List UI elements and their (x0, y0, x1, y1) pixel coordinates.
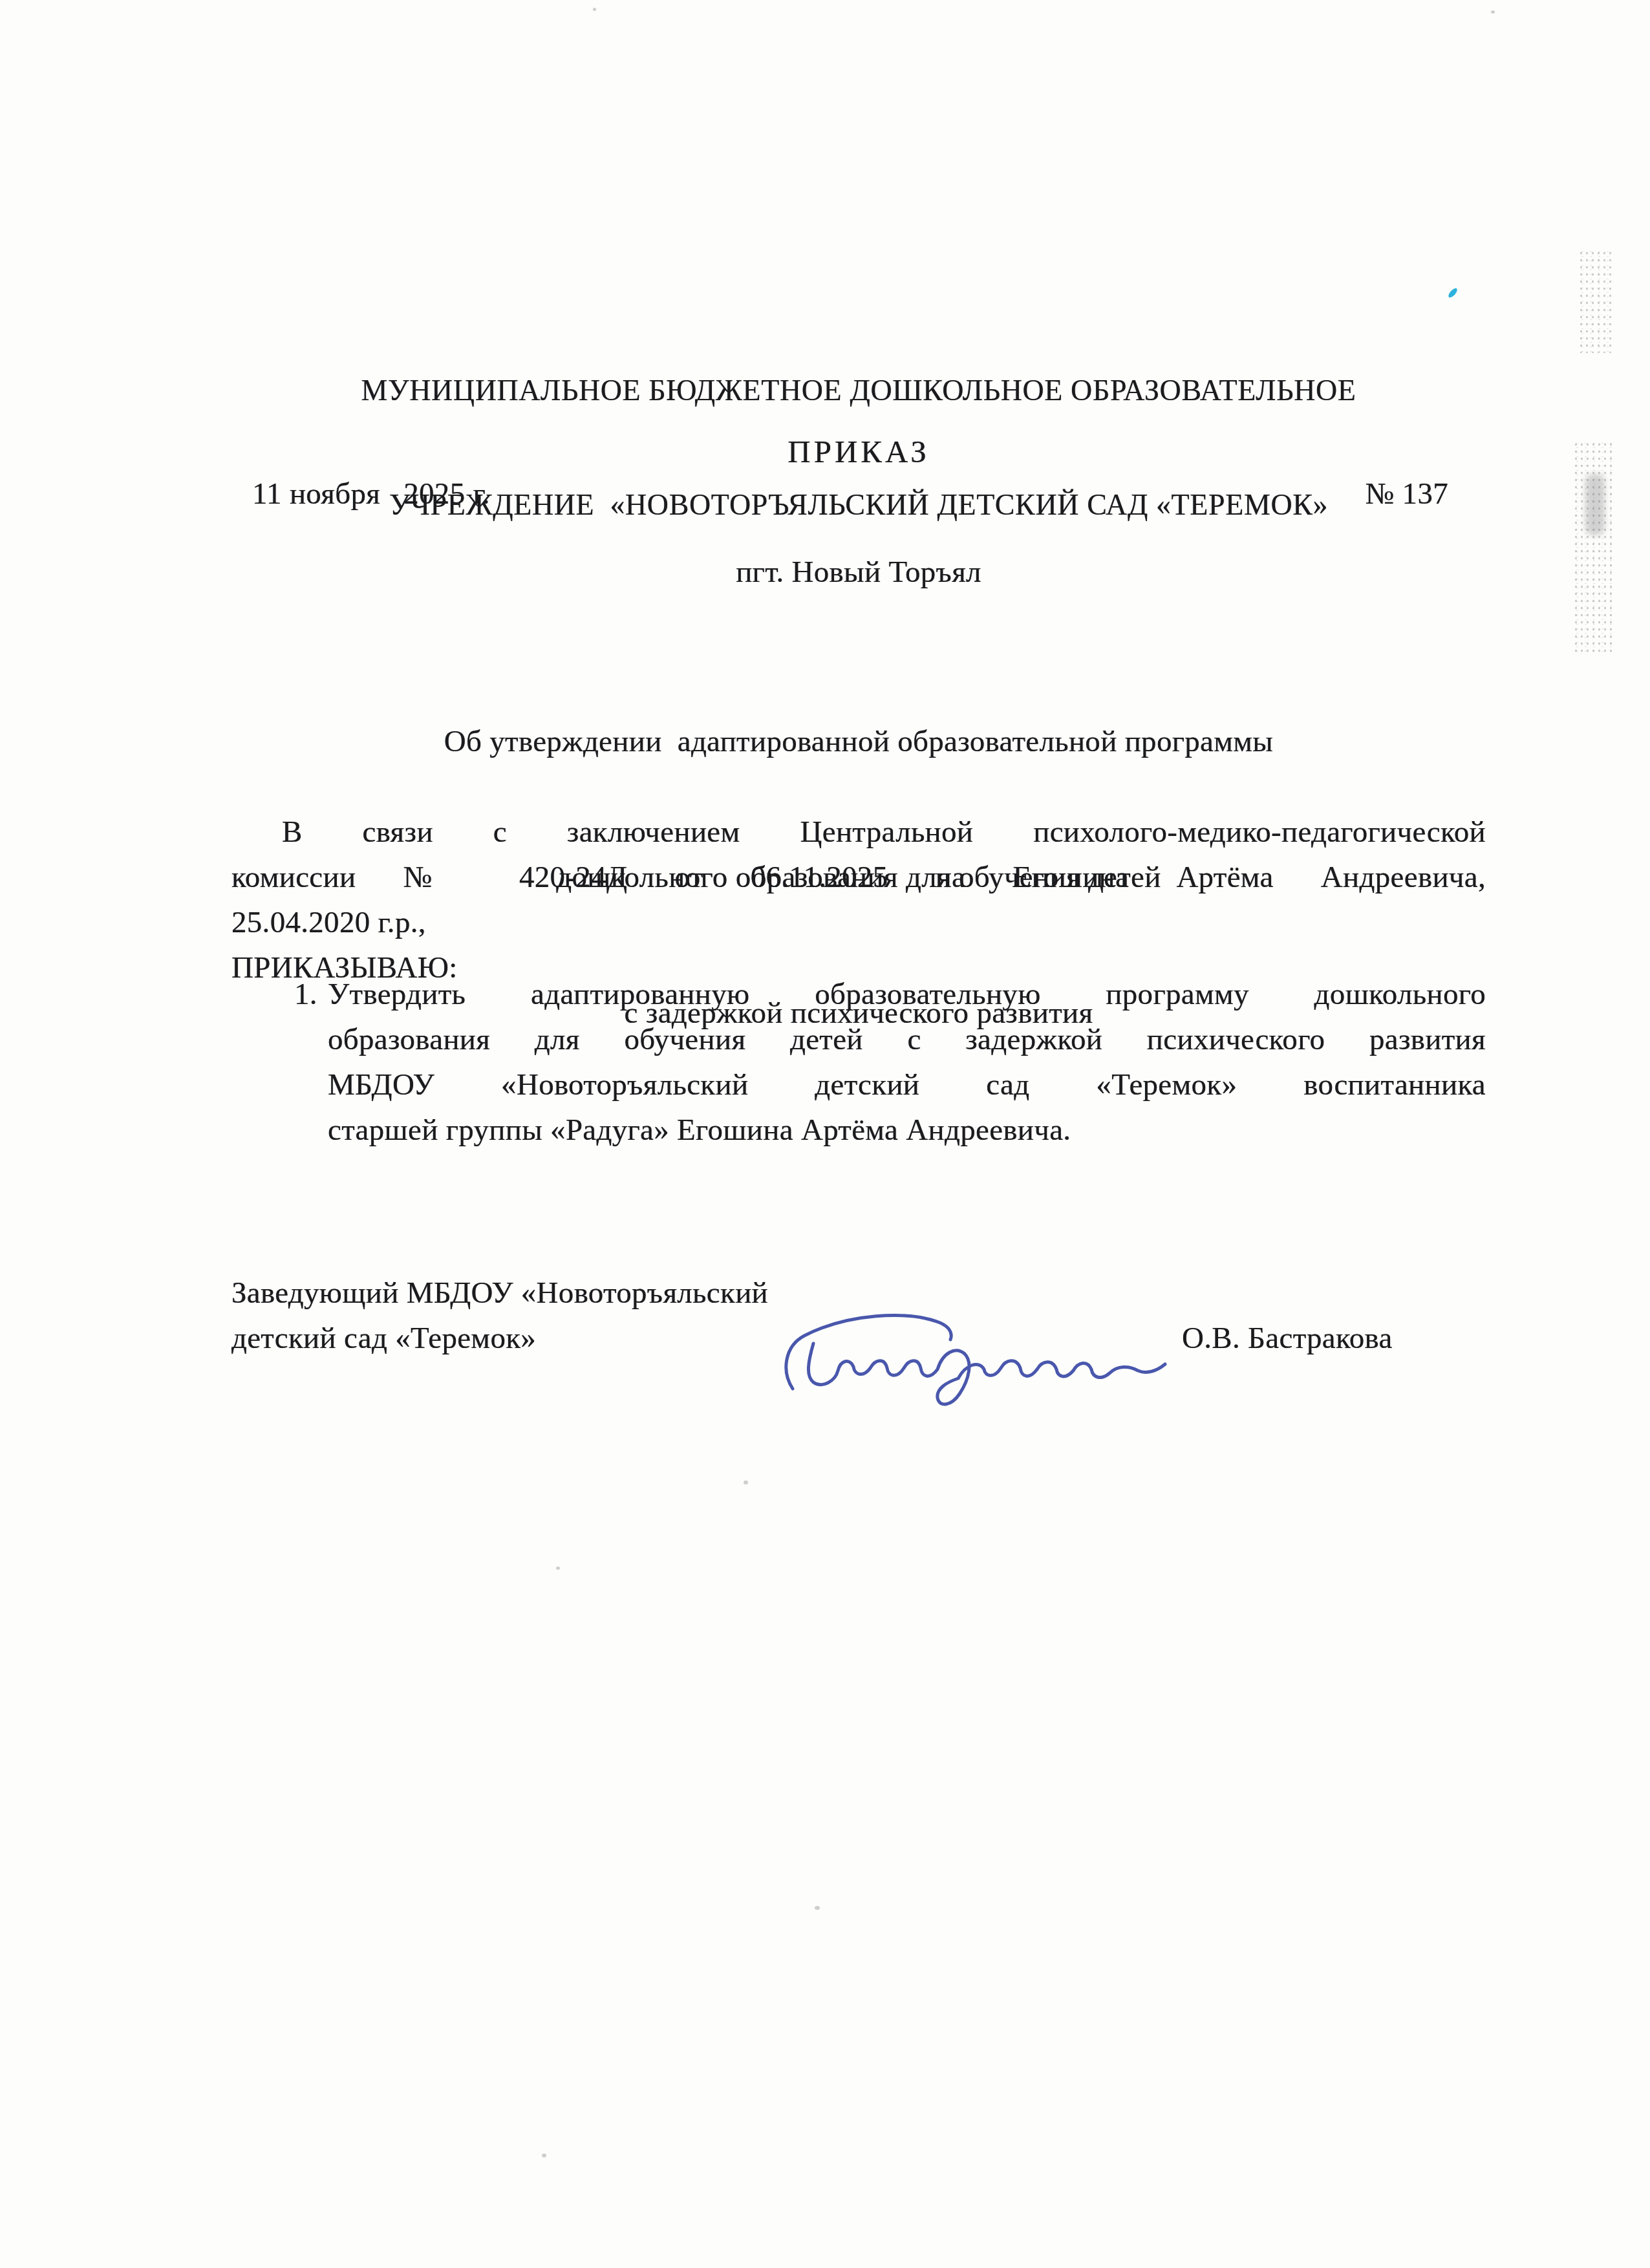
scan-speck (542, 2154, 546, 2157)
item-line2: образования для обучения детей с задержк… (328, 1017, 1486, 1062)
scanned-order-document: МУНИЦИПАЛЬНОЕ БЮДЖЕТНОЕ ДОШКОЛЬНОЕ ОБРАЗ… (0, 0, 1650, 2268)
body-line1: В связи с заключением Центральной психол… (231, 809, 1486, 855)
scan-noise (1573, 441, 1613, 654)
body-paragraph: В связи с заключением Центральной психол… (231, 809, 1486, 990)
scan-speck (1491, 10, 1495, 14)
item-line3: МБДОУ «Новоторъяльский детский сад «Тере… (328, 1062, 1486, 1107)
order-number: № 137 (1365, 471, 1448, 517)
order-date: 11 ноября 2025 г. (252, 471, 490, 517)
scan-speck (556, 1567, 560, 1570)
subject-line1: Об утверждении адаптированной образовате… (231, 719, 1486, 764)
signer-position-line1: Заведующий МБДОУ «Новоторъяльский (231, 1270, 1486, 1316)
signer-name: О.В. Бастракова (1182, 1316, 1505, 1361)
item-line4: старшей группы «Радуга» Егошина Артёма А… (328, 1107, 1486, 1153)
doc-type-heading: ПРИКАЗ (231, 429, 1486, 475)
org-name-line1: МУНИЦИПАЛЬНОЕ БЮДЖЕТНОЕ ДОШКОЛЬНОЕ ОБРАЗ… (231, 371, 1486, 409)
place-line: пгт. Новый Торъял (231, 550, 1486, 595)
body-line3: 25.04.2020 г.р., (231, 900, 1486, 945)
scan-smudge (1585, 474, 1605, 535)
scan-speck (593, 8, 596, 11)
item-marker: 1. (294, 972, 317, 1017)
order-list: 1. Утвердить адаптированную образователь… (231, 972, 1486, 1153)
body-line2: комиссии № 420-24Д от 06.11.2025 на Егош… (231, 855, 1486, 900)
date-number-row: 11 ноября 2025 г. № 137 (231, 471, 1486, 517)
scan-speck (815, 1906, 820, 1910)
item-line1: Утвердить адаптированную образовательную… (328, 972, 1486, 1017)
scan-speck (744, 1481, 748, 1484)
scan-noise (1578, 250, 1612, 353)
